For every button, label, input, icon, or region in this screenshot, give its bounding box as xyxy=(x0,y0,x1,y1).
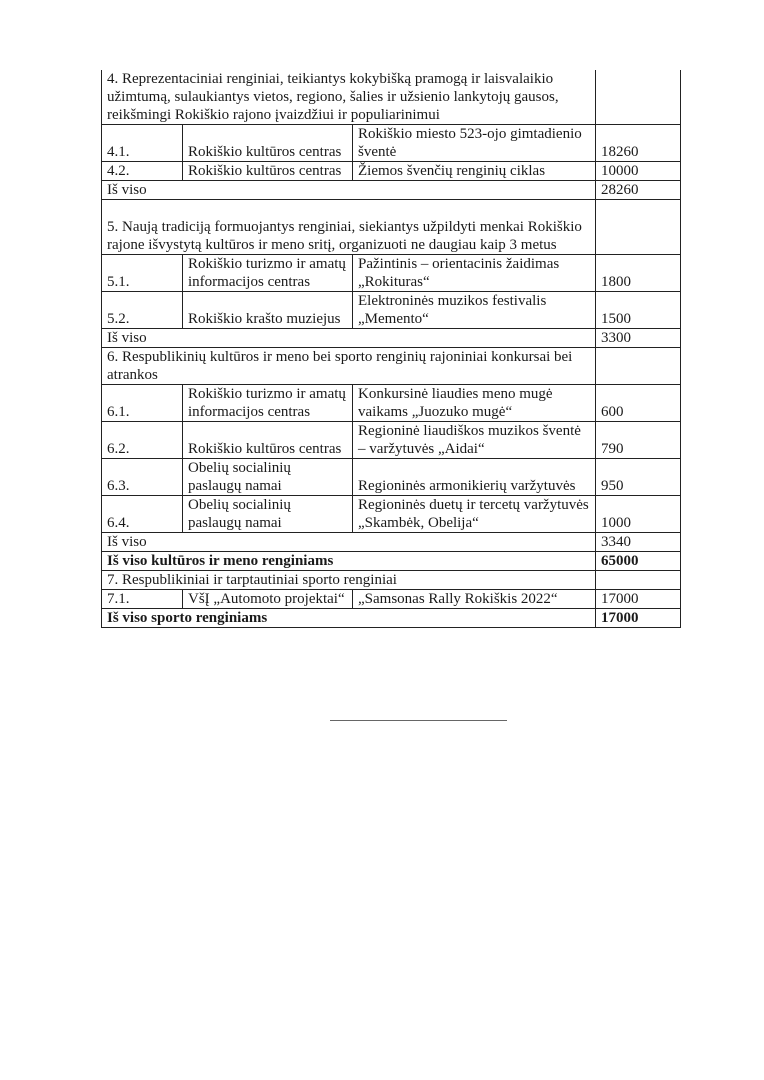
row-number: 6.4. xyxy=(102,496,183,533)
row-number: 6.3. xyxy=(102,459,183,496)
total-label: Iš viso xyxy=(102,181,596,200)
table-row: 7.1. VšĮ „Automoto projektai“ „Samsonas … xyxy=(102,590,681,609)
table-row: 5.1. Rokiškio turizmo ir amatų informaci… xyxy=(102,255,681,292)
row-event-name: Regioninės duetų ir tercetų varžytuvės „… xyxy=(353,496,596,533)
row-organizer: Rokiškio krašto muziejus xyxy=(183,292,353,329)
section-title: 5. Naują tradiciją formuojantys renginia… xyxy=(102,200,596,255)
row-number: 5.2. xyxy=(102,292,183,329)
row-organizer: Rokiškio turizmo ir amatų informacijos c… xyxy=(183,385,353,422)
row-organizer: Rokiškio turizmo ir amatų informacijos c… xyxy=(183,255,353,292)
table-row: 6.1. Rokiškio turizmo ir amatų informaci… xyxy=(102,385,681,422)
table-row: 4.1. Rokiškio kultūros centras Rokiškio … xyxy=(102,125,681,162)
row-number: 5.1. xyxy=(102,255,183,292)
section-header-row: 5. Naują tradiciją formuojantys renginia… xyxy=(102,200,681,255)
row-amount: 1500 xyxy=(596,292,681,329)
row-event-name: Regioninė liaudiškos muzikos šventė – va… xyxy=(353,422,596,459)
row-amount: 10000 xyxy=(596,162,681,181)
section-amount-empty xyxy=(596,571,681,590)
row-number: 6.2. xyxy=(102,422,183,459)
section-amount-empty xyxy=(596,200,681,255)
events-funding-table: 4. Reprezentaciniai renginiai, teikianty… xyxy=(101,70,681,628)
row-amount: 600 xyxy=(596,385,681,422)
row-amount: 1000 xyxy=(596,496,681,533)
section-header-row: 6. Respublikinių kultūros ir meno bei sp… xyxy=(102,348,681,385)
row-organizer: Rokiškio kultūros centras xyxy=(183,422,353,459)
section-title: 7. Respublikiniai ir tarptautiniai sport… xyxy=(102,571,596,590)
row-event-name: Rokiškio miesto 523-ojo gimtadienio šven… xyxy=(353,125,596,162)
sport-total-row: Iš viso sporto renginiams 17000 xyxy=(102,609,681,628)
row-amount: 18260 xyxy=(596,125,681,162)
row-amount: 950 xyxy=(596,459,681,496)
section-title: 6. Respublikinių kultūros ir meno bei sp… xyxy=(102,348,596,385)
table-row: 5.2. Rokiškio krašto muziejus Elektronin… xyxy=(102,292,681,329)
total-label: Iš viso xyxy=(102,533,596,552)
row-event-name: Žiemos švenčių renginių ciklas xyxy=(353,162,596,181)
sport-total-label: Iš viso sporto renginiams xyxy=(102,609,596,628)
section-title: 4. Reprezentaciniai renginiai, teikianty… xyxy=(102,70,596,125)
total-amount: 28260 xyxy=(596,181,681,200)
row-number: 4.1. xyxy=(102,125,183,162)
row-organizer: Rokiškio kultūros centras xyxy=(183,162,353,181)
section-header-row: 7. Respublikiniai ir tarptautiniai sport… xyxy=(102,571,681,590)
row-organizer: VšĮ „Automoto projektai“ xyxy=(183,590,353,609)
section-total-row: Iš viso 28260 xyxy=(102,181,681,200)
row-number: 7.1. xyxy=(102,590,183,609)
row-event-name: Regioninės armonikierių varžytuvės xyxy=(353,459,596,496)
total-label: Iš viso xyxy=(102,329,596,348)
row-organizer: Obelių socialinių paslaugų namai xyxy=(183,496,353,533)
row-organizer: Obelių socialinių paslaugų namai xyxy=(183,459,353,496)
table-row: 6.4. Obelių socialinių paslaugų namai Re… xyxy=(102,496,681,533)
row-amount: 1800 xyxy=(596,255,681,292)
total-amount: 3340 xyxy=(596,533,681,552)
document-page: 4. Reprezentaciniai renginiai, teikianty… xyxy=(0,0,764,1080)
section-total-row: Iš viso 3300 xyxy=(102,329,681,348)
sport-total-amount: 17000 xyxy=(596,609,681,628)
culture-total-label: Iš viso kultūros ir meno renginiams xyxy=(102,552,596,571)
row-organizer: Rokiškio kultūros centras xyxy=(183,125,353,162)
row-event-name: „Samsonas Rally Rokiškis 2022“ xyxy=(353,590,596,609)
row-number: 4.2. xyxy=(102,162,183,181)
row-number: 6.1. xyxy=(102,385,183,422)
table-row: 6.3. Obelių socialinių paslaugų namai Re… xyxy=(102,459,681,496)
row-event-name: Pažintinis – orientacinis žaidimas „Roki… xyxy=(353,255,596,292)
total-amount: 3300 xyxy=(596,329,681,348)
section-total-row: Iš viso 3340 xyxy=(102,533,681,552)
row-event-name: Konkursinė liaudies meno mugė vaikams „J… xyxy=(353,385,596,422)
row-amount: 790 xyxy=(596,422,681,459)
closing-separator-line xyxy=(330,720,507,721)
row-event-name: Elektroninės muzikos festivalis „Memento… xyxy=(353,292,596,329)
section-amount-empty xyxy=(596,70,681,125)
culture-total-amount: 65000 xyxy=(596,552,681,571)
culture-total-row: Iš viso kultūros ir meno renginiams 6500… xyxy=(102,552,681,571)
row-amount: 17000 xyxy=(596,590,681,609)
section-header-row: 4. Reprezentaciniai renginiai, teikianty… xyxy=(102,70,681,125)
table-row: 6.2. Rokiškio kultūros centras Regioninė… xyxy=(102,422,681,459)
table-row: 4.2. Rokiškio kultūros centras Žiemos šv… xyxy=(102,162,681,181)
section-amount-empty xyxy=(596,348,681,385)
